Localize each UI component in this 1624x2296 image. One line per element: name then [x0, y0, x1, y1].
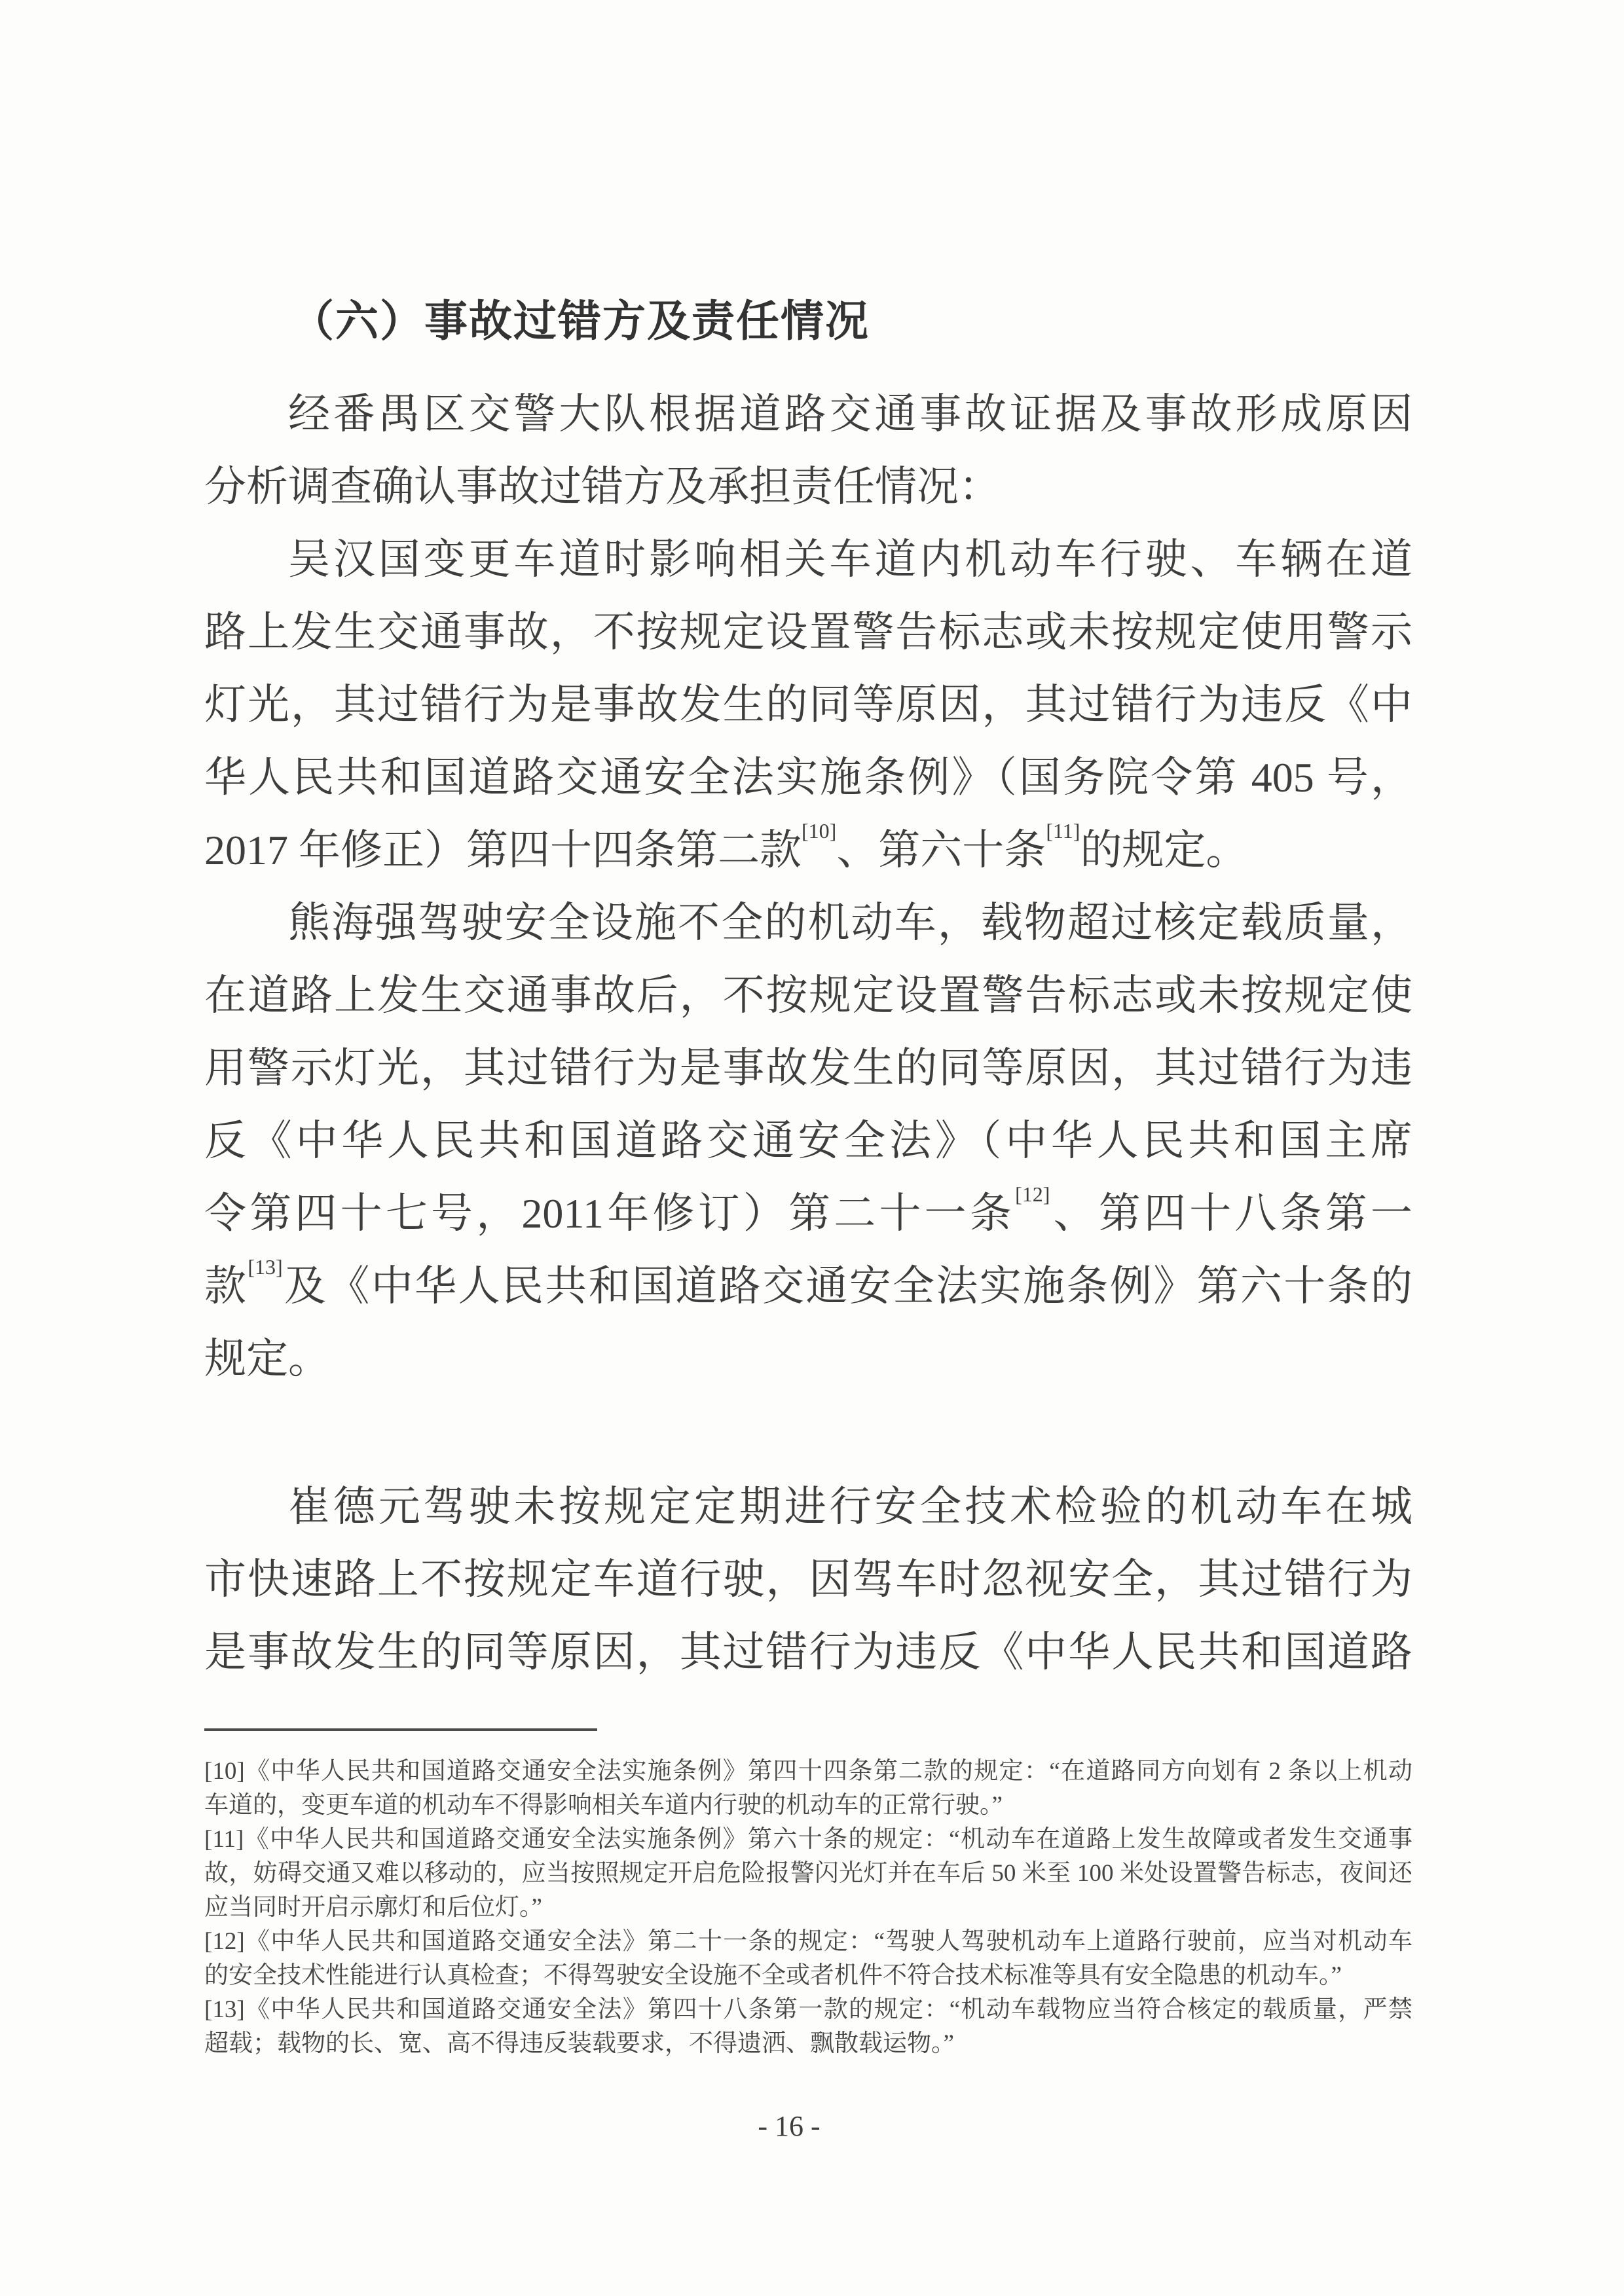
footnote-item-10: [10]《中华人民共和国道路交通安全法实施条例》第四十四条第二款的规定：“在道路… — [204, 1755, 1412, 1823]
footnote-ref: [10] — [802, 819, 836, 843]
footnote-line: 车道的，变更车道的机动车不得影响相关车道内行驶的机动车的正常行驶。” — [204, 1789, 1412, 1823]
body-text: 华人民共和国道路交通安全法实施条例》（国务院令第 405 号， — [204, 754, 1412, 801]
page-number: - 16 - — [0, 2109, 1578, 2143]
body-text: 崔德元驾驶未按规定定期进行安全技术检验的机动车在城 — [288, 1484, 1412, 1530]
body-line: 熊海强驾驶安全设施不全的机动车，载物超过核定载质量， — [204, 886, 1412, 959]
body-line: 规定。 — [204, 1322, 1412, 1395]
footnote-item-13: [13]《中华人民共和国道路交通安全法》第四十八条第一款的规定：“机动车载物应当… — [204, 1993, 1412, 2061]
paragraph: 吴汉国变更车道时影响相关车道内机动车行驶、车辆在道路上发生交通事故，不按规定设置… — [204, 523, 1412, 886]
body-text: 灯光，其过错行为是事故发生的同等原因，其过错行为违反《中 — [204, 682, 1412, 728]
body-text: 、第四十八条第一 — [1050, 1190, 1412, 1237]
body-line: 在道路上发生交通事故后，不按规定设置警告标志或未按规定使 — [204, 959, 1412, 1032]
footnote-line: [10]《中华人民共和国道路交通安全法实施条例》第四十四条第二款的规定：“在道路… — [204, 1755, 1412, 1789]
body-line: 用警示灯光，其过错行为是事故发生的同等原因，其过错行为违 — [204, 1032, 1412, 1104]
document-body: （六）事故过错方及责任情况 经番禺区交警大队根据道路交通事故证据及事故形成原因分… — [204, 283, 1412, 1688]
body-line: 路上发生交通事故，不按规定设置警告标志或未按规定使用警示 — [204, 596, 1412, 668]
footnote-line: [11]《中华人民共和国道路交通安全法实施条例》第六十条的规定：“机动车在道路上… — [204, 1823, 1412, 1857]
body-text: 经番禺区交警大队根据道路交通事故证据及事故形成原因 — [288, 391, 1412, 437]
body-line: 市快速路上不按规定车道行驶，因驾车时忽视安全，其过错行为 — [204, 1543, 1412, 1616]
body-text: 路上发生交通事故，不按规定设置警告标志或未按规定使用警示 — [204, 609, 1412, 655]
footnote-ref: [12] — [1015, 1182, 1050, 1206]
body-line: 经番禺区交警大队根据道路交通事故证据及事故形成原因 — [204, 378, 1412, 450]
body-text: 熊海强驾驶安全设施不全的机动车，载物超过核定载质量， — [288, 900, 1412, 946]
section-heading: （六）事故过错方及责任情况 — [204, 283, 1412, 361]
footnotes-section: [10]《中华人民共和国道路交通安全法实施条例》第四十四条第二款的规定：“在道路… — [204, 1728, 1412, 2061]
footnote-line: 故，妨碍交通又难以移动的，应当按照规定开启危险报警闪光灯并在车后 50 米至 1… — [204, 1857, 1412, 1891]
paragraph: 崔德元驾驶未按规定定期进行安全技术检验的机动车在城市快速路上不按规定车道行驶，因… — [204, 1470, 1412, 1688]
body-line: 分析调查确认事故过错方及承担责任情况： — [204, 450, 1412, 523]
body-line: 令第四十七号，2011年修订）第二十一条[12]、第四十八条第一 — [204, 1177, 1412, 1250]
body-text: 吴汉国变更车道时影响相关车道内机动车行驶、车辆在道 — [288, 536, 1412, 583]
footnote-line: 的安全技术性能进行认真检查；不得驾驶安全设施不全或者机件不符合技术标准等具有安全… — [204, 1959, 1412, 1993]
paragraph: 经番禺区交警大队根据道路交通事故证据及事故形成原因分析调查确认事故过错方及承担责… — [204, 378, 1412, 523]
footnote-line: [12]《中华人民共和国道路交通安全法》第二十一条的规定：“驾驶人驾驶机动车上道… — [204, 1925, 1412, 1959]
body-text: 令第四十七号，2011年修订）第二十一条 — [204, 1190, 1015, 1237]
body-text: 2017 年修正）第四十四条第二款 — [204, 827, 802, 873]
footnote-separator — [204, 1728, 597, 1731]
footnote-ref: [11] — [1046, 819, 1080, 843]
body-text: 市快速路上不按规定车道行驶，因驾车时忽视安全，其过错行为 — [204, 1556, 1412, 1603]
footnote-item-11: [11]《中华人民共和国道路交通安全法实施条例》第六十条的规定：“机动车在道路上… — [204, 1823, 1412, 1925]
body-line: 2017 年修正）第四十四条第二款[10]、第六十条[11]的规定。 — [204, 814, 1412, 886]
body-paragraphs: 经番禺区交警大队根据道路交通事故证据及事故形成原因分析调查确认事故过错方及承担责… — [204, 378, 1412, 1688]
body-text: 用警示灯光，其过错行为是事故发生的同等原因，其过错行为违 — [204, 1045, 1412, 1091]
footnote-item-12: [12]《中华人民共和国道路交通安全法》第二十一条的规定：“驾驶人驾驶机动车上道… — [204, 1925, 1412, 1993]
body-line: 吴汉国变更车道时影响相关车道内机动车行驶、车辆在道 — [204, 523, 1412, 596]
body-text: 反《中华人民共和国道路交通安全法》（中华人民共和国主席 — [204, 1118, 1412, 1164]
body-line: 崔德元驾驶未按规定定期进行安全技术检验的机动车在城 — [204, 1470, 1412, 1543]
body-line: 是事故发生的同等原因，其过错行为违反《中华人民共和国道路 — [204, 1616, 1412, 1688]
body-text: 及《中华人民共和国道路交通安全法实施条例》第六十条的 — [283, 1263, 1412, 1309]
body-line: 灯光，其过错行为是事故发生的同等原因，其过错行为违反《中 — [204, 668, 1412, 741]
footnote-list: [10]《中华人民共和国道路交通安全法实施条例》第四十四条第二款的规定：“在道路… — [204, 1755, 1412, 2061]
body-text: 在道路上发生交通事故后，不按规定设置警告标志或未按规定使 — [204, 972, 1412, 1019]
body-text: 规定。 — [204, 1336, 330, 1382]
footnote-ref: [13] — [248, 1255, 282, 1279]
document-page: （六）事故过错方及责任情况 经番禺区交警大队根据道路交通事故证据及事故形成原因分… — [0, 0, 1624, 2296]
body-text: 的规定。 — [1080, 827, 1247, 873]
body-text: 是事故发生的同等原因，其过错行为违反《中华人民共和国道路 — [204, 1629, 1412, 1675]
footnote-line: [13]《中华人民共和国道路交通安全法》第四十八条第一款的规定：“机动车载物应当… — [204, 1993, 1412, 2027]
body-text: 分析调查确认事故过错方及承担责任情况： — [204, 464, 1001, 510]
body-text: 、第六十条 — [836, 827, 1046, 873]
body-line: 款[13]及《中华人民共和国道路交通安全法实施条例》第六十条的 — [204, 1250, 1412, 1322]
footnote-line: 应当同时开启示廓灯和后位灯。” — [204, 1891, 1412, 1925]
body-line: 反《中华人民共和国道路交通安全法》（中华人民共和国主席 — [204, 1104, 1412, 1177]
paragraph: 熊海强驾驶安全设施不全的机动车，载物超过核定载质量，在道路上发生交通事故后，不按… — [204, 886, 1412, 1395]
footnote-line: 超载；载物的长、宽、高不得违反装载要求，不得遗洒、飘散载运物。” — [204, 2027, 1412, 2061]
body-line: 华人民共和国道路交通安全法实施条例》（国务院令第 405 号， — [204, 741, 1412, 814]
body-text: 款 — [204, 1263, 248, 1309]
